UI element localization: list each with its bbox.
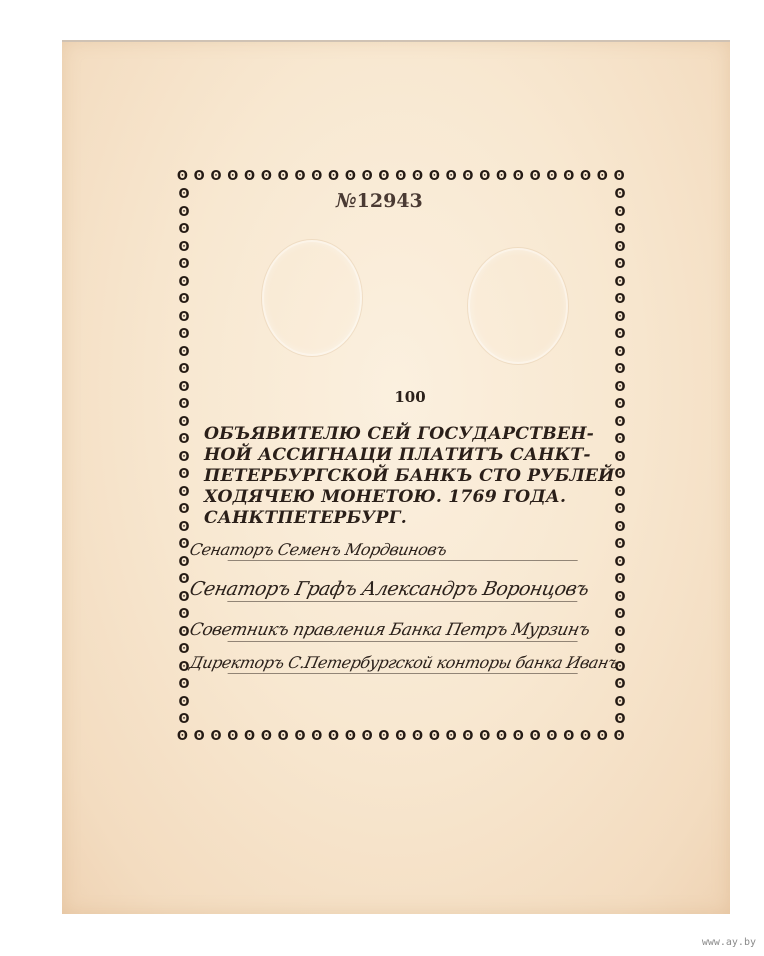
border-right-column: ʘʘʘʘʘʘʘʘʘʘʘʘʘʘʘʘʘʘʘʘʘʘʘʘʘʘʘʘʘʘʘ (611, 188, 629, 730)
denomination: 100 (380, 388, 440, 406)
text-line: ходячею монетою. 1769 года. (204, 487, 604, 508)
serial-number: №12943 (336, 190, 476, 212)
site-watermark: www.ay.by (702, 937, 756, 948)
paper-top-edge (62, 40, 730, 42)
banknote-text: Объявителю сей государствен- ной ассигна… (204, 424, 604, 529)
text-line: Санктпетербург. (204, 508, 604, 529)
embossed-seal-right-icon (468, 248, 568, 364)
signature-line: Сенаторъ Графъ Александръ Воронцовъ (188, 578, 623, 600)
embossed-seal-left-icon (262, 240, 362, 356)
serial-value: 12943 (357, 190, 423, 212)
signature-line: Директоръ С.Петербургской конторы банка … (188, 653, 622, 672)
signature-line: Советникъ правления Банка Петръ Мурзинъ (188, 620, 622, 640)
border-bottom-row: ʘʘʘʘʘʘʘʘʘʘʘʘʘʘʘʘʘʘʘʘʘʘʘʘʘʘʘ (174, 730, 630, 748)
border-top-row: ʘʘʘʘʘʘʘʘʘʘʘʘʘʘʘʘʘʘʘʘʘʘʘʘʘʘʘ (174, 170, 630, 188)
text-line: Объявителю сей государствен- (204, 424, 604, 445)
signature-line: Сенаторъ Семенъ Мордвиновъ (188, 540, 622, 559)
numero-sign: № (336, 190, 356, 212)
text-line: петербургской банкъ сто рублей (204, 466, 604, 487)
border-left-column: ʘʘʘʘʘʘʘʘʘʘʘʘʘʘʘʘʘʘʘʘʘʘʘʘʘʘʘʘʘʘʘ (175, 188, 193, 730)
text-line: ной ассигнаци платитъ Санкт- (204, 445, 604, 466)
